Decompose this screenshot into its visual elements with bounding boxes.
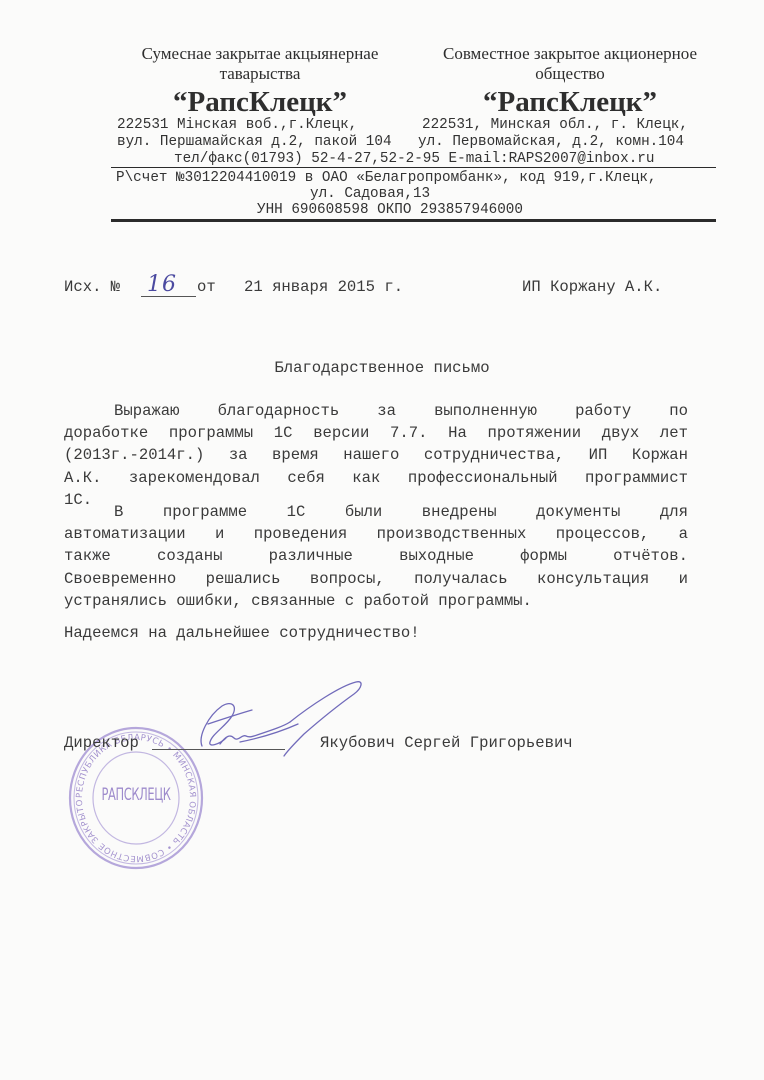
bank-details-line1: Р\счет №3012204410019 в ОАО «Белагропром…	[116, 170, 657, 187]
paragraph2-line3: также созданы различные выходные формы о…	[64, 545, 688, 567]
letter-date: 21 января 2015 г.	[244, 278, 403, 296]
brand-name-left: “РапсКлецк”	[110, 85, 410, 119]
paragraph1-line1: Выражаю благодарность за выполненную раб…	[64, 400, 688, 422]
outgoing-number-label: Исх. №	[64, 278, 120, 296]
handwritten-signature	[180, 676, 370, 766]
signatory-position: Директор	[64, 734, 139, 752]
signatory-name: Якубович Сергей Григорьевич	[320, 734, 573, 752]
org-type-ru-line2: общество	[410, 64, 730, 84]
letter-title: Благодарственное письмо	[0, 359, 764, 377]
company-ids-line: УНН 690608598 ОКПО 293857946000	[257, 202, 523, 219]
address-ru-line2: ул. Первомайская, д.2, комн.104	[418, 134, 684, 151]
paragraph2-line2: автоматизации и проведения производствен…	[64, 523, 688, 545]
stamp-center-text: РАПСКЛЕЦК	[84, 785, 189, 805]
date-prefix: от	[197, 278, 216, 296]
outgoing-number-handwritten: 16	[147, 272, 177, 297]
paragraph-work-details: В программе 1С были внедрены документы д…	[64, 501, 688, 612]
org-type-ru-line1: Совместное закрытое акционерное	[410, 44, 730, 64]
addressee: ИП Коржану А.К.	[522, 278, 662, 296]
divider-top	[111, 167, 716, 168]
outgoing-number-field: 16	[141, 278, 196, 297]
bank-details-line2: ул. Садовая,13	[310, 186, 430, 203]
org-type-by-line2: таварыства	[110, 64, 410, 84]
address-by-line1: 222531 Мiнская воб.,г.Клецк,	[117, 117, 357, 134]
paragraph1-line3: (2013г.-2014г.) за время нашего сотрудни…	[64, 444, 688, 466]
divider-bottom	[111, 219, 716, 222]
signature-scribble-icon	[180, 676, 370, 766]
paragraph-gratitude: Выражаю благодарность за выполненную раб…	[64, 400, 688, 511]
paragraph1-line4: А.К. зарекомендовал себя как профессиона…	[64, 467, 688, 489]
contacts-line: тел/факс(01793) 52-4-27,52-2-95 E-mail:R…	[174, 151, 654, 168]
paragraph2-line5: устранялись ошибки, связанные с работой …	[64, 590, 688, 612]
address-ru-line1: 222531, Минская обл., г. Клецк,	[422, 117, 688, 134]
paragraph2-line4: Своевременно решались вопросы, получалас…	[64, 568, 688, 590]
org-type-by-line1: Сумеснае закрытае акцыянернае	[110, 44, 410, 64]
closing-line: Надеемся на дальнейшее сотрудничество!	[64, 624, 420, 642]
letterhead-left-org: Сумеснае закрытае акцыянернае таварыства…	[110, 44, 410, 119]
address-by-line2: вул. Першамайская д.2, пакой 104	[117, 134, 392, 151]
letterhead-right-org: Совместное закрытое акционерное общество…	[410, 44, 730, 119]
brand-name-right: “РапсКлецк”	[410, 85, 730, 119]
paragraph2-line1: В программе 1С были внедрены документы д…	[64, 501, 688, 523]
paragraph1-line2: доработке программы 1С версии 7.7. На пр…	[64, 422, 688, 444]
